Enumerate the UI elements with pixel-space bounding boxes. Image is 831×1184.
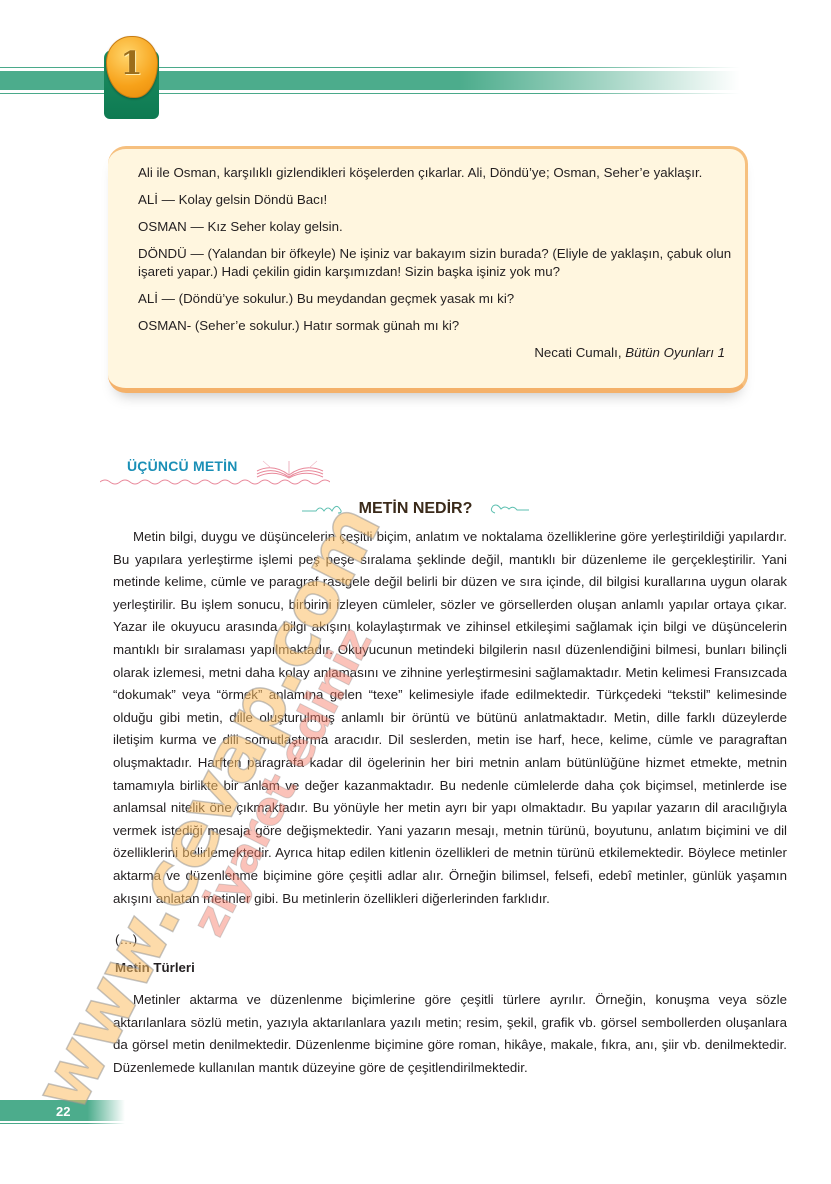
dialogue-line: ALİ — (Döndü’ye sokulur.) Bu meydandan g…	[138, 290, 514, 308]
open-book-icon	[255, 459, 325, 479]
article-title: METİN NEDİR?	[359, 500, 473, 517]
flourish-left-icon	[302, 503, 344, 515]
source-author: Necati Cumalı,	[534, 345, 625, 360]
dialogue-line: Ali ile Osman, karşılıklı gizlendikleri …	[138, 164, 702, 182]
unit-number: 1	[104, 44, 159, 82]
footer-line	[0, 1123, 125, 1124]
dialogue-line: OSMAN- (Seher’e sokulur.) Hatır sormak g…	[138, 317, 459, 335]
subheading: Metin Türleri	[115, 960, 195, 975]
dialogue-source: Necati Cumalı, Bütün Oyunları 1	[534, 344, 725, 362]
page-number: 22	[56, 1104, 70, 1119]
section-label: ÜÇÜNCÜ METİN	[127, 458, 238, 474]
article-body: Metin bilgi, duygu ve düşüncelerin çeşit…	[113, 526, 787, 910]
source-work: Bütün Oyunları 1	[625, 345, 725, 360]
flourish-right-icon	[487, 503, 529, 515]
dialogue-box: Ali ile Osman, karşılıklı gizlendikleri …	[108, 146, 748, 393]
wave-divider-icon	[100, 478, 330, 486]
unit-badge: 1	[104, 36, 159, 119]
paragraph: Metin bilgi, duygu ve düşüncelerin çeşit…	[113, 526, 787, 910]
omission-marker: (…)	[115, 932, 137, 947]
article-body-2: Metinler aktarma ve düzenlenme biçimleri…	[113, 989, 787, 1079]
paragraph: Metinler aktarma ve düzenlenme biçimleri…	[113, 989, 787, 1079]
dialogue-line: OSMAN — Kız Seher kolay gelsin.	[138, 218, 343, 236]
dialogue-line: ALİ — Kolay gelsin Döndü Bacı!	[138, 191, 327, 209]
dialogue-line-text: DÖNDÜ — (Yalandan bir öfkeyle) Ne işiniz…	[138, 246, 731, 279]
dialogue-line: DÖNDÜ — (Yalandan bir öfkeyle) Ne işiniz…	[108, 245, 738, 281]
article-title-row: METİN NEDİR?	[0, 500, 831, 518]
